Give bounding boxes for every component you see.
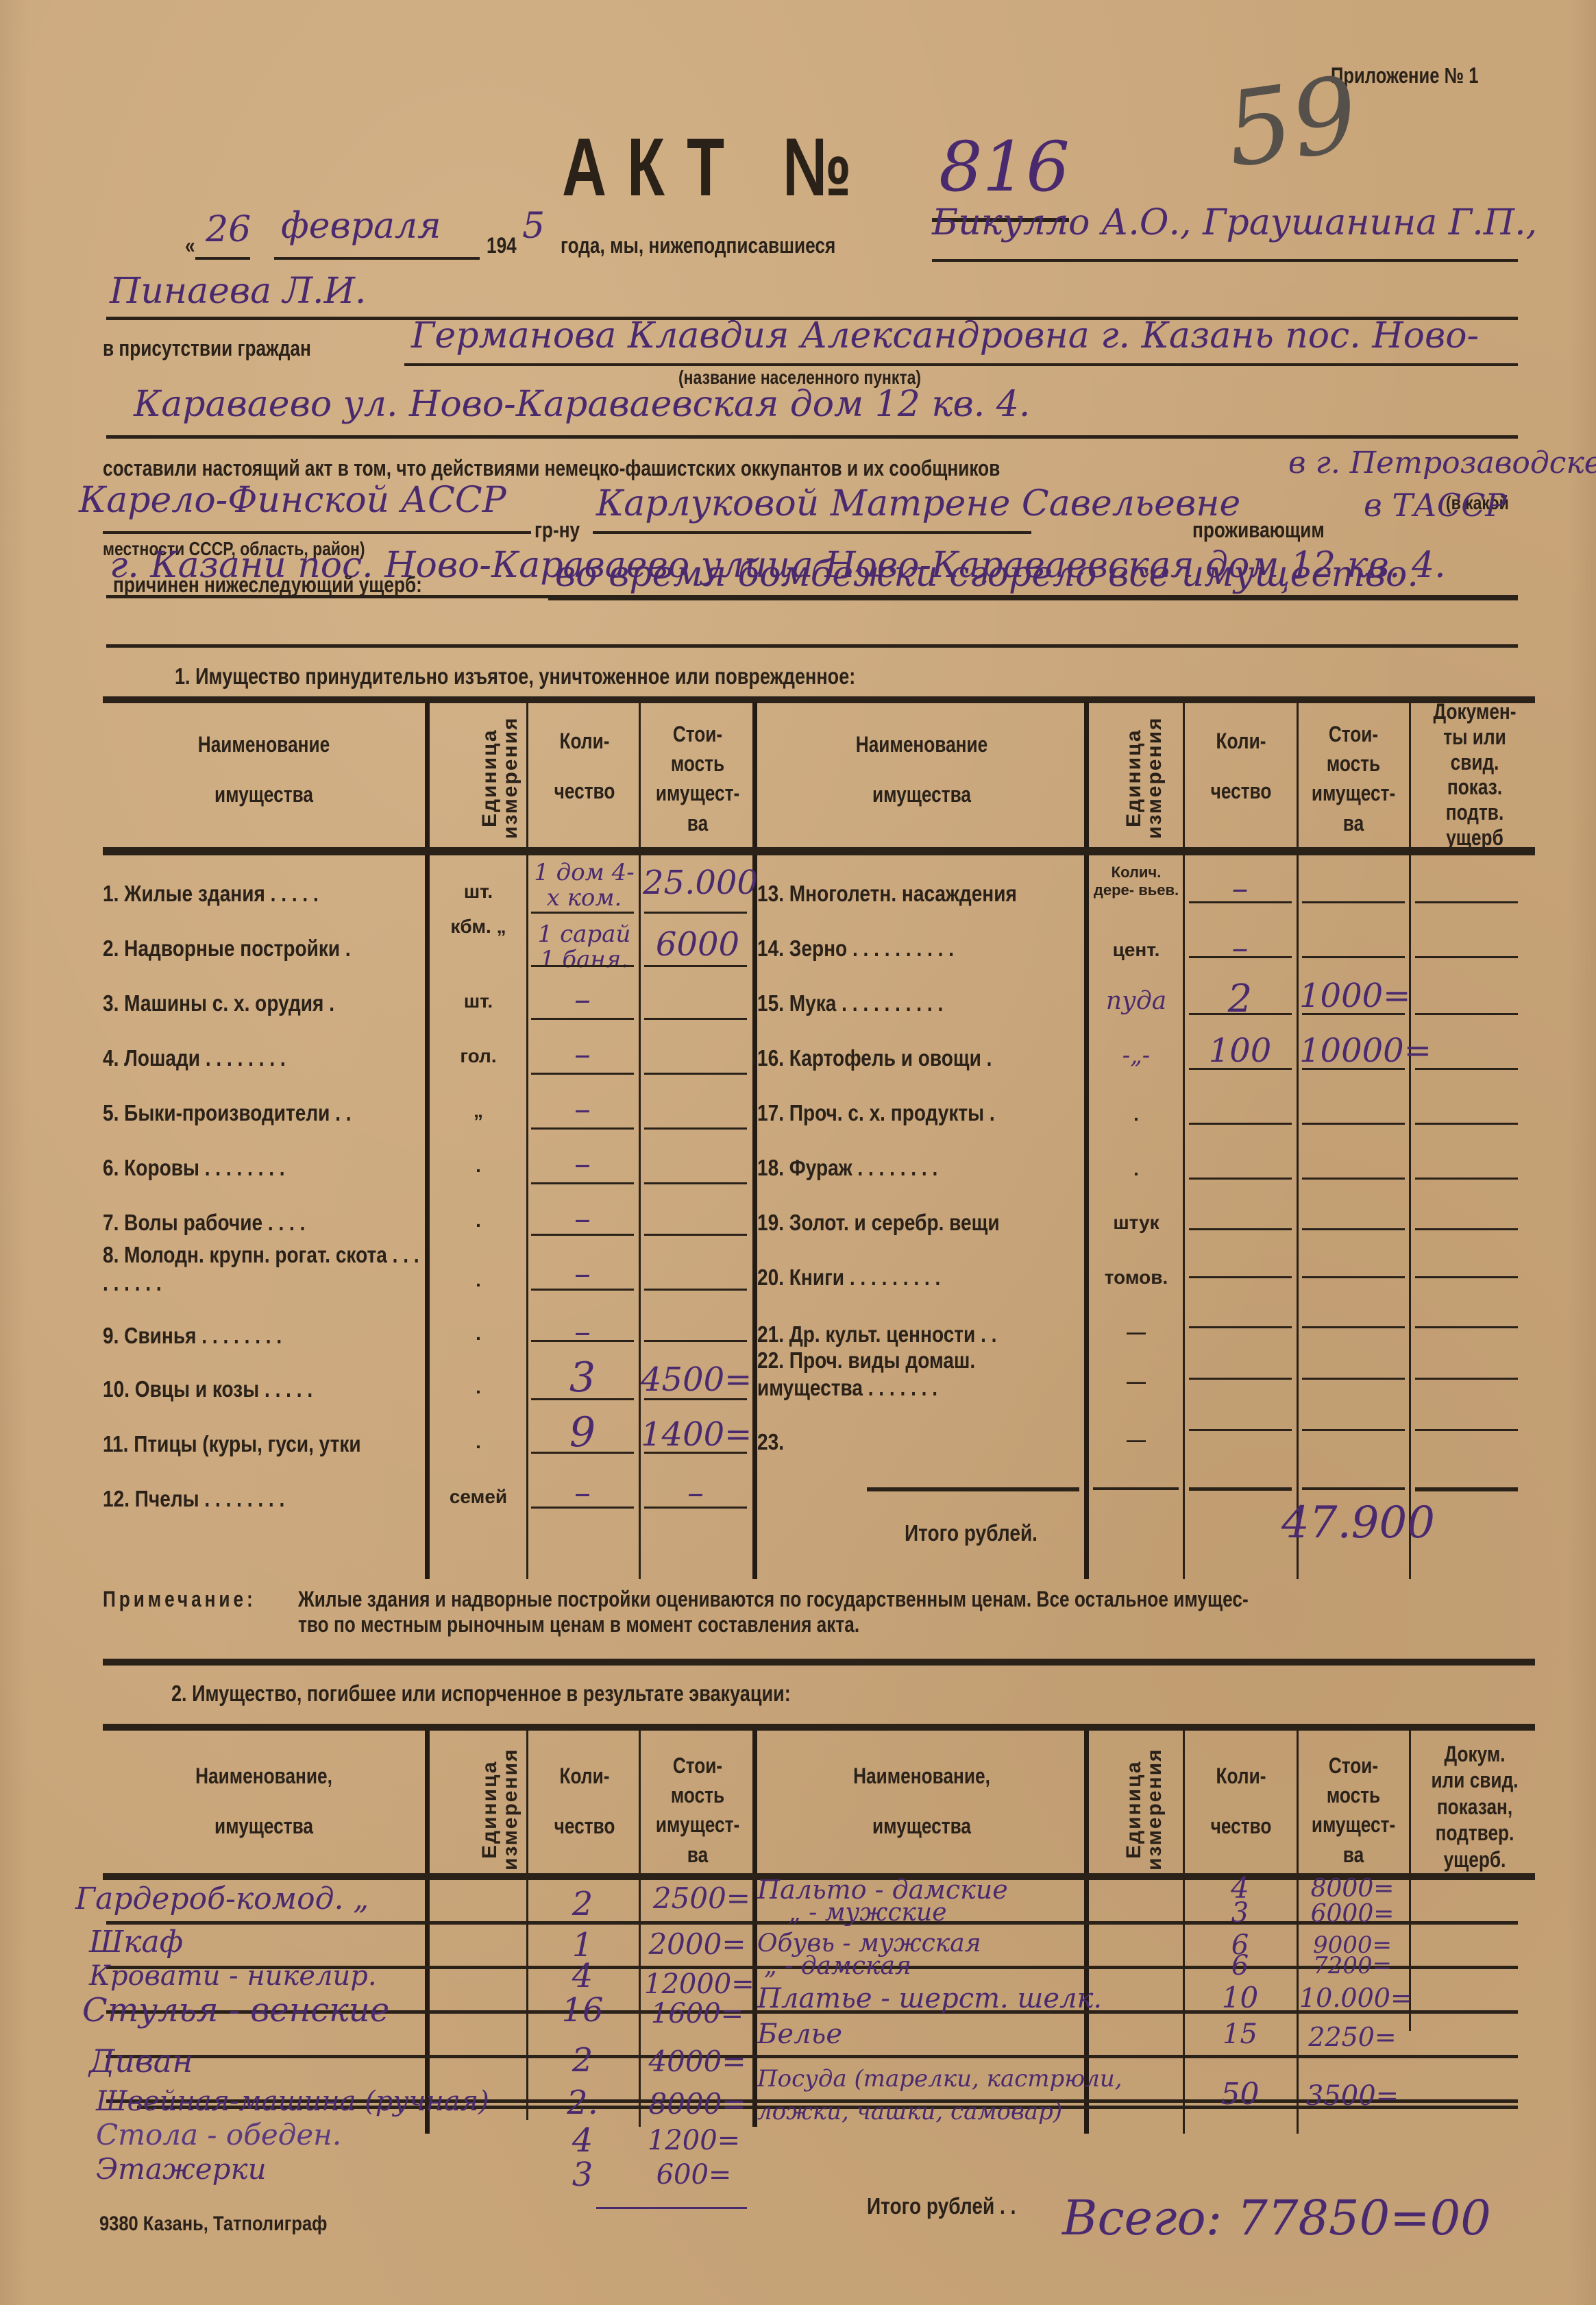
s1-item-unit: кбм. „ [430, 912, 526, 942]
s2-item-qty: 2 [531, 1885, 634, 1923]
s2-item-name: „ - мужские [788, 1899, 947, 1927]
header-line: Стои- [652, 1751, 742, 1781]
grand-total: Всего: 77850=00 [1062, 2190, 1491, 2246]
s2-item-cost: 2000= [644, 1927, 750, 1961]
s2-header-cost-left: Стои- мость имущест- ва [652, 1751, 742, 1870]
cell-line [644, 912, 747, 914]
s1-item-unit: . [430, 1155, 526, 1177]
s1-item-qty: 9 [531, 1408, 634, 1456]
s2-item-qty: 2 [531, 2041, 634, 2080]
label-citizen: гр-ну [535, 517, 580, 543]
header-line: Докумен- [1424, 699, 1525, 724]
s1-item-unit: -„- [1090, 1042, 1183, 1069]
s1-item-unit: цент. [1090, 939, 1183, 961]
s2-item-name: Стулья - венские [82, 1991, 389, 2029]
section-divider [103, 1659, 1535, 1666]
s1-header-name-right: Наименование имущества [789, 730, 1053, 809]
cell-line [644, 1182, 747, 1184]
s1-item-unit: — [1090, 1429, 1183, 1451]
section1-title: 1. Имущество принудительно изъятое, унич… [175, 663, 855, 690]
s2-item-name: Швейная-машина (ручная) [96, 2086, 489, 2117]
date-day: 26 [206, 209, 251, 250]
s2-item-cost: 8000= [644, 2087, 750, 2121]
victim-name: Карлуковой Матрене Савельевне [596, 483, 1240, 524]
total-divider [867, 1487, 1079, 1491]
header-line: имущест- [652, 1810, 742, 1840]
cell-line [1415, 1123, 1518, 1125]
cell-line [1189, 1123, 1292, 1125]
cell-line [644, 1398, 747, 1400]
cell-line [644, 1127, 747, 1130]
label-residing: проживающим [1192, 517, 1325, 543]
header-line: ты или [1424, 724, 1525, 750]
col-divider [425, 702, 430, 1579]
cell-line [531, 912, 634, 914]
s2-item-qty: 10 [1187, 1981, 1293, 2014]
header-line: Коли- [1196, 727, 1286, 756]
printer-imprint: 9380 Казань, Татполиграф [99, 2212, 327, 2236]
s1-item-qty: – [531, 1254, 634, 1293]
s1-item-name: 21. Др. культ. ценности . . [757, 1321, 996, 1347]
year-prefix: 194 [487, 233, 517, 258]
header-line: мость [652, 749, 742, 779]
header-line: или свид. [1424, 1767, 1525, 1793]
s1-item-unit: шт. [430, 990, 526, 1012]
s1-item-unit: Колич. дере- вьев. [1090, 864, 1183, 900]
s1-item-name: 19. Золот. и серебр. вещи [757, 1210, 1000, 1236]
s2-header-unit-right: Единица измерения [1124, 1744, 1165, 1875]
s2-item-cost: 2250= [1299, 2022, 1405, 2052]
header-line: имущест- [652, 779, 742, 808]
s2-item-cost: 2500= [644, 1881, 750, 1915]
col-divider [526, 1880, 528, 2120]
header-line: мость [652, 1781, 742, 1810]
s1-item-qty: – [531, 1199, 634, 1238]
label-year: года, мы, нижеподписавшиеся [561, 233, 835, 258]
cell-line [1189, 1068, 1292, 1070]
section1-header-rule [103, 847, 1535, 855]
cell-line [531, 965, 634, 967]
col-divider [1183, 702, 1185, 1579]
header-line: подтв. [1424, 800, 1525, 825]
cell-line [531, 1127, 634, 1130]
s1-item-qty: – [1187, 929, 1293, 967]
header-line: показан, [1424, 1794, 1525, 1820]
cell-line [531, 1018, 634, 1020]
col-divider [526, 702, 528, 1579]
s1-item-unit: гол. [430, 1045, 526, 1067]
cell-line [1415, 1178, 1518, 1180]
s1-item-name: 2. Надворные постройки . [103, 936, 351, 962]
cell-line [531, 1452, 634, 1454]
s2-item-cost: 1600= [644, 1998, 750, 2029]
label-presence: в присутствии граждан [103, 336, 311, 361]
s1-item-qty: – [531, 980, 634, 1019]
s1-item-name: 20. Книги . . . . . . . . . [757, 1265, 940, 1291]
cell-line [644, 1289, 747, 1291]
s2-header-unit-left: Единица измерения [480, 1744, 521, 1875]
s2-item-cost: 1200= [641, 2125, 747, 2156]
col-divider [639, 1880, 641, 2127]
cell-line [1189, 1178, 1292, 1180]
s2-item-qty: 4 [531, 2121, 634, 2160]
s2-item-name: Посуда (тарелки, кастрюли, ложки, чашки,… [757, 2063, 1182, 2128]
underline [106, 435, 1518, 439]
year-suffix: 5 [522, 206, 545, 247]
s1-item-name: 7. Волы рабочие . . . . [103, 1210, 305, 1236]
s2-item-cost: 8000= [1299, 1875, 1405, 1903]
s2-header-docs: Докум. или свид. показан, подтвер. ущерб… [1424, 1741, 1525, 1873]
col-divider [752, 1880, 757, 2127]
header-line: мость [1309, 749, 1398, 779]
section2-top-rule [103, 1724, 1535, 1731]
s2-item-cost: 600= [641, 2159, 747, 2191]
s1-total-label: Итого рублей. [905, 1520, 1038, 1546]
note-line1: Жилые здания и надворные постройки оцени… [298, 1587, 1249, 1612]
total-divider [1189, 1487, 1292, 1491]
cell-line [1302, 901, 1405, 903]
location-line1: в г. Петрозаводске [1288, 446, 1596, 480]
cell-line [531, 1398, 634, 1400]
s1-item-cost: 1400= [641, 1415, 750, 1454]
header-line: показ. [1424, 775, 1525, 800]
s1-item-unit: „ [430, 1100, 526, 1122]
s1-item-name: 10. Овцы и козы . . . . . [103, 1376, 312, 1402]
signatories-line1: Бикулло А.О., Граушанина Г.П., [932, 202, 1537, 243]
cell-line [531, 1073, 634, 1075]
total-divider [1302, 1487, 1405, 1490]
witness-line2: Караваево ул. Ново-Караваевская дом 12 к… [134, 384, 1030, 425]
s1-item-name: 3. Машины с. х. орудия . [103, 990, 334, 1016]
col-divider [1183, 1880, 1185, 2134]
total-divider [1415, 1487, 1518, 1491]
cell-line [1415, 1378, 1518, 1380]
s2-item-qty: 3 [531, 2156, 634, 2194]
s1-item-unit: семей [430, 1486, 526, 1508]
header-line: имущества [789, 780, 1053, 809]
underline [106, 644, 1518, 648]
note-label: Примечание: [103, 1587, 256, 1612]
cell-line [1415, 1013, 1518, 1015]
header-line: чество [1196, 777, 1286, 806]
header-line: ва [652, 1840, 742, 1870]
underline [274, 257, 480, 260]
s1-item-name: 1. Жилые здания . . . . . [103, 881, 319, 907]
header-line: чество [543, 1812, 627, 1841]
cell-line [644, 1340, 747, 1342]
cell-line [1415, 1276, 1518, 1278]
header-line: Докум. [1424, 1741, 1525, 1767]
s2-item-qty: 2. [531, 2084, 634, 2122]
s1-item-name: 6. Коровы . . . . . . . . [103, 1155, 285, 1181]
s2-total-label: Итого рублей . . [867, 2193, 1016, 2219]
page-number: 59 [1219, 55, 1365, 191]
s2-header-cost-right: Стои- мость имущест- ва [1309, 1751, 1398, 1870]
s1-item-cost: 4500= [641, 1361, 750, 1399]
cell-line [1189, 1013, 1292, 1015]
label-damage: причинен нижеследующий ущерб: [113, 572, 422, 598]
cell-line [644, 1234, 747, 1236]
cell-line [1302, 1123, 1405, 1125]
s2-item-cost: 6000= [1299, 1900, 1405, 1928]
s1-item-unit: . [430, 1210, 526, 1232]
quote-mark: « [185, 233, 195, 258]
s1-item-name: 8. Молодн. крупн. рогат. скота . . . . .… [103, 1241, 429, 1297]
underline [932, 259, 1518, 262]
s1-item-qty: – [531, 1145, 634, 1183]
s2-header-name-left: Наименование, имущества [143, 1761, 385, 1841]
s1-item-name: 22. Проч. виды домаш. имущества . . . . … [757, 1347, 1031, 1401]
s1-item-name: 12. Пчелы . . . . . . . . [103, 1486, 284, 1512]
header-line: Стои- [1309, 1751, 1398, 1781]
signatories-line2: Пинаева Л.И. [110, 271, 366, 312]
s2-item-name: Гардероб-комод. „ [75, 1881, 369, 1916]
s2-item-name: Платье - шерст. шелк. [757, 1983, 1102, 2014]
cell-line [1302, 1178, 1405, 1180]
cell-line [1189, 1429, 1292, 1431]
s1-item-name: 23. [757, 1429, 784, 1455]
underline [404, 363, 1518, 366]
location-line2: Карело-Финской АССР [79, 480, 506, 521]
s2-item-name: „ - дамская [764, 1952, 911, 1980]
header-line: имущества [789, 1812, 1053, 1841]
header-line: ва [652, 809, 742, 838]
cell-line [1302, 1378, 1405, 1380]
s2-item-name: Белье [757, 2019, 842, 2050]
cell-line [1189, 901, 1292, 903]
cell-line [1302, 1013, 1405, 1015]
row-line [106, 2055, 1518, 2058]
s2-item-cost: 3500= [1299, 2080, 1405, 2112]
s1-item-name: 17. Проч. с. х. продукты . [757, 1100, 995, 1126]
header-line: Наименование, [789, 1761, 1053, 1791]
underline [103, 531, 531, 534]
header-line: чество [1196, 1812, 1286, 1841]
section1-top-rule [103, 696, 1535, 703]
s1-item-unit: . [430, 1376, 526, 1398]
cell-line [1415, 1429, 1518, 1431]
s1-item-cost: 1000= [1299, 977, 1408, 1015]
s1-header-qty-left: Коли- чество [543, 727, 627, 806]
s1-total-value: 47.900 [1281, 1498, 1435, 1548]
s1-item-unit: штук [1090, 1212, 1183, 1234]
s1-item-name: 15. Мука . . . . . . . . . . [757, 990, 943, 1016]
s1-item-unit: . [430, 1269, 526, 1291]
cell-line [1302, 1276, 1405, 1278]
cell-line [1415, 1326, 1518, 1328]
total-divider [1093, 1487, 1179, 1490]
act-number: 816 [939, 127, 1070, 207]
s1-item-qty: – [531, 1313, 634, 1351]
s1-item-name: 5. Быки-производители . . [103, 1100, 352, 1126]
header-line: ущерб. [1424, 1846, 1525, 1873]
header-line: Наименование [143, 730, 385, 759]
s2-item-name: Шкаф [89, 1925, 183, 1960]
s1-header-cost-right: Стои- мость имущест- ва [1309, 720, 1398, 838]
cell-line [644, 1452, 747, 1454]
s1-item-unit: томов. [1090, 1267, 1183, 1289]
note-line2: тво по местным рыночным ценам в момент с… [298, 1612, 859, 1637]
header-line: ва [1309, 1840, 1398, 1870]
residing-value: в ТАССР [1364, 487, 1506, 524]
cell-line [531, 1234, 634, 1236]
cell-line [644, 1018, 747, 1020]
s2-item-qty: 16 [531, 1991, 634, 2029]
s1-item-name: 14. Зерно . . . . . . . . . . [757, 936, 954, 962]
header-line: Наименование, [143, 1761, 385, 1791]
s1-item-unit: . [1090, 1103, 1183, 1125]
cell-line [1415, 1068, 1518, 1070]
cell-line [1302, 1326, 1405, 1328]
s1-item-name: 18. Фураж . . . . . . . . [757, 1155, 937, 1181]
s1-item-cost: 25.000 [643, 864, 752, 902]
cell-line [644, 1507, 747, 1509]
s1-item-unit: . [430, 1431, 526, 1453]
cell-line [1189, 956, 1292, 958]
cell-line [1415, 901, 1518, 903]
cell-line [531, 1289, 634, 1291]
label-composed: составили настоящий акт в том, что дейст… [103, 456, 1000, 481]
s2-item-name: Кровати - никелир. [89, 1960, 377, 1992]
handwritten-underline [596, 2207, 747, 2209]
header-line: имущест- [1309, 779, 1398, 808]
s2-item-cost: 10.000= [1299, 1983, 1405, 2013]
s2-item-cost: 4000= [644, 2045, 750, 2078]
appendix-label: Приложение № 1 [1331, 63, 1478, 88]
header-line: имущества [143, 1812, 385, 1841]
s1-item-unit: . [1090, 1158, 1183, 1180]
s1-item-cost: 6000 [643, 925, 752, 964]
damage-value: во время бомбежки сгорело все имущество. [555, 554, 1419, 595]
underline [593, 531, 1031, 534]
date-month: февраля [281, 206, 441, 247]
underline [195, 257, 250, 260]
s1-item-qty: – [531, 1090, 634, 1128]
header-line: имущества [143, 780, 385, 809]
s1-item-unit: шт. [430, 881, 526, 903]
header-line: Коли- [1196, 1761, 1286, 1791]
col-divider [752, 702, 757, 1579]
cell-line [1302, 1068, 1405, 1070]
cell-line [531, 1507, 634, 1509]
cell-line [644, 1073, 747, 1075]
cell-line [1189, 1228, 1292, 1230]
s1-item-qty: 3 [531, 1354, 634, 1402]
cell-line [1189, 1326, 1292, 1328]
section2-title: 2. Имущество, погибшее или испорченное в… [171, 1681, 791, 1707]
cell-line [1302, 1429, 1405, 1431]
s1-item-name: 9. Свинья . . . . . . . . [103, 1323, 282, 1349]
header-line: чество [543, 777, 627, 806]
header-line: свид. [1424, 750, 1525, 775]
s1-header-cost-left: Стои- мость имущест- ва [652, 720, 742, 838]
cell-line [644, 965, 747, 967]
cell-line [1302, 956, 1405, 958]
underline [548, 598, 1518, 600]
header-line: Наименование [789, 730, 1053, 759]
s1-item-name: 16. Картофель и овощи . [757, 1045, 992, 1071]
s2-item-qty: 50 [1187, 2077, 1293, 2112]
s1-header-name-left: Наименование имущества [143, 730, 385, 809]
cell-line [531, 1182, 634, 1184]
s1-item-unit: — [1090, 1321, 1183, 1343]
s2-item-qty: 15 [1187, 2019, 1293, 2050]
s1-item-cost: 10000= [1299, 1032, 1408, 1070]
cell-line [1189, 1378, 1292, 1380]
col-divider [1084, 702, 1089, 1579]
s1-header-docs: Докумен- ты или свид. показ. подтв. ущер… [1424, 699, 1525, 851]
s1-item-qty: – [531, 1035, 634, 1073]
cell-line [1302, 1228, 1405, 1230]
header-line: подтвер. [1424, 1820, 1525, 1846]
s1-item-qty: 1 дом 4-х ком. [531, 860, 637, 912]
cell-line [1415, 1228, 1518, 1230]
s2-header-qty-right: Коли- чество [1196, 1761, 1286, 1841]
s2-item-name: Диван [89, 2042, 193, 2080]
s2-header-qty-left: Коли- чество [543, 1761, 627, 1841]
s1-item-unit: пуда [1090, 987, 1183, 1015]
col-divider [1297, 702, 1299, 1579]
s2-item-qty: 6 [1187, 1950, 1293, 1981]
s1-item-unit: . [430, 1323, 526, 1345]
s2-item-name: Этажерки [96, 2152, 267, 2186]
cell-line [1189, 1276, 1292, 1278]
s1-header-unit-right: Единица измерения [1124, 713, 1165, 843]
col-divider [1409, 702, 1411, 1579]
cell-line [531, 1340, 634, 1342]
s2-item-qty: 4 [531, 1957, 634, 1995]
s2-item-name: Стола - обеден. [96, 2118, 341, 2151]
s1-header-qty-right: Коли- чество [1196, 727, 1286, 806]
header-line: ва [1309, 809, 1398, 838]
s2-header-name-right: Наименование, имущества [789, 1761, 1053, 1841]
cell-line [1415, 956, 1518, 958]
header-line: имущест- [1309, 1810, 1398, 1840]
witness-line1: Германова Клавдия Александровна г. Казан… [411, 315, 1479, 356]
document-title: АКТ № [562, 120, 872, 215]
col-divider [1297, 1880, 1299, 2134]
s2-item-cost: 12000= [644, 1968, 750, 2000]
header-line: Стои- [1309, 720, 1398, 749]
s1-item-unit: — [1090, 1371, 1183, 1393]
header-line: Стои- [652, 720, 742, 749]
header-line: Коли- [543, 1761, 627, 1791]
s1-item-name: 4. Лошади . . . . . . . . [103, 1045, 286, 1071]
header-line: Коли- [543, 727, 627, 756]
s2-item-qty: 3 [1187, 1897, 1293, 1929]
s2-item-cost: 7200= [1299, 1952, 1405, 1979]
s1-header-unit-left: Единица измерения [480, 713, 521, 843]
s1-item-name: 11. Птицы (куры, гуси, утки [103, 1431, 361, 1457]
s1-item-name: 13. Многолетн. насаждения [757, 881, 1017, 907]
s1-item-qty: 100 [1187, 1032, 1293, 1070]
header-line: мость [1309, 1781, 1398, 1810]
